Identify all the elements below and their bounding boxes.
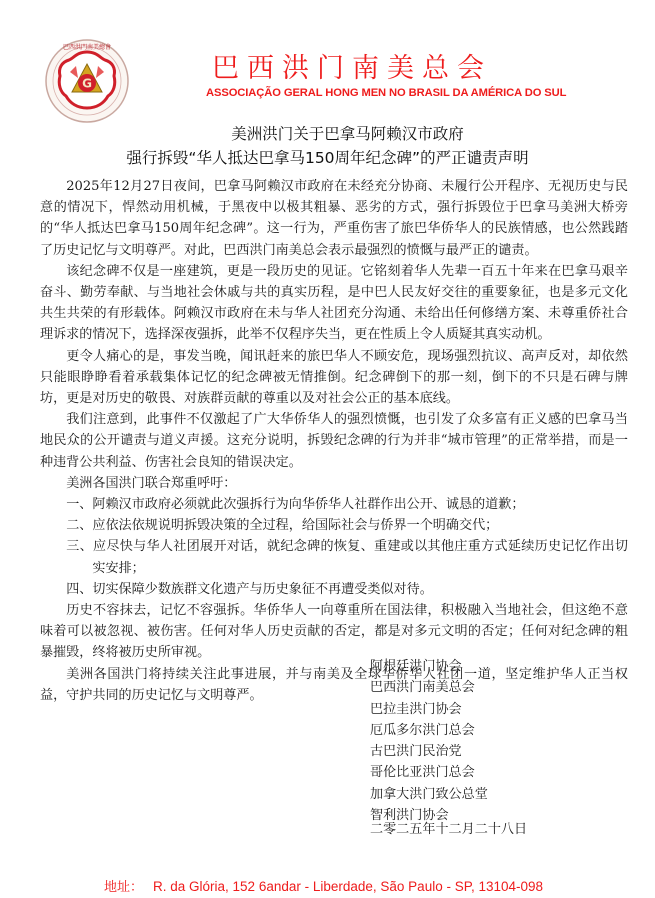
paragraph: 历史不容抹去，记忆不容强拆。华侨华人一向尊重所在国法律，积极融入当地社会，但这绝… (40, 600, 628, 664)
signatory: 巴拉圭洪门协会 (370, 699, 488, 720)
demand-item: 二、应依法依规说明拆毁决策的全过程，给国际社会与侨界一个明确交代； (40, 515, 628, 536)
paragraph: 该纪念碑不仅是一座建筑，更是一段历史的见证。它铭刻着华人先辈一百五十年来在巴拿马… (40, 261, 628, 346)
org-name-chinese: 巴西洪门南美总会 (212, 46, 542, 85)
signatory-list: 阿根廷洪门协会 巴西洪门南美总会 巴拉圭洪门协会 厄瓜多尔洪门总会 古巴洪门民治… (370, 656, 488, 826)
statement-title-line-1: 美洲洪门关于巴拿马阿赖汉市政府 (0, 122, 655, 144)
signatory: 巴西洪门南美总会 (370, 677, 488, 698)
letterhead: G 巴西洪門南美總會 巴西洪门南美总会 ASSOCIAÇÃO GERAL HON… (0, 0, 655, 120)
signatory: 加拿大洪门致公总堂 (370, 784, 488, 805)
paragraph: 我们注意到，此事件不仅激起了广大华侨华人的强烈愤慨，也引发了众多富有正义感的巴拿… (40, 409, 628, 473)
paragraph: 美洲各国洪门将持续关注此事进展，并与南美及全球华侨华人社团一道，坚定维护华人正当… (40, 664, 628, 706)
hong-men-seal-logo-icon: G 巴西洪門南美總會 (42, 38, 132, 124)
org-name-portuguese: ASSOCIAÇÃO GERAL HONG MEN NO BRASIL DA A… (206, 87, 606, 99)
demand-item: 一、阿赖汉市政府必须就此次强拆行为向华侨华人社群作出公开、诚恳的道歉； (40, 494, 628, 515)
paragraph: 2025年12月27日夜间，巴拿马阿赖汉市政府在未经充分协商、未履行公开程序、无… (40, 176, 628, 261)
signature-date: 二零二五年十二月二十八日 (370, 818, 527, 837)
address-label: 地址： (104, 880, 143, 895)
signatory: 厄瓜多尔洪门总会 (370, 720, 488, 741)
svg-text:G: G (82, 77, 92, 91)
demand-item: 三、应尽快与华人社团展开对话，就纪念碑的恢复、重建或以其他庄重方式延续历史记忆作… (40, 536, 628, 578)
signatory: 古巴洪门民治党 (370, 741, 488, 762)
signatory: 哥伦比亚洪门总会 (370, 762, 488, 783)
statement-body: 2025年12月27日夜间，巴拿马阿赖汉市政府在未经充分协商、未履行公开程序、无… (40, 176, 628, 706)
paragraph: 美洲各国洪门联合郑重呼吁： (40, 473, 628, 494)
demand-item: 四、切实保障少数族群文化遗产与历史象征不再遭受类似对待。 (40, 579, 628, 600)
statement-title-line-2: 强行拆毁“华人抵达巴拿马150周年纪念碑”的严正谴责声明 (0, 146, 655, 168)
footer-address: 地址：R. da Glória, 152 6andar - Liberdade,… (104, 876, 543, 895)
address-text: R. da Glória, 152 6andar - Liberdade, Sã… (153, 879, 543, 894)
paragraph: 更令人痛心的是，事发当晚，闻讯赶来的旅巴华人不顾安危，现场强烈抗议、高声反对，却… (40, 346, 628, 410)
signatory: 阿根廷洪门协会 (370, 656, 488, 677)
svg-text:巴西洪門南美總會: 巴西洪門南美總會 (63, 43, 111, 51)
